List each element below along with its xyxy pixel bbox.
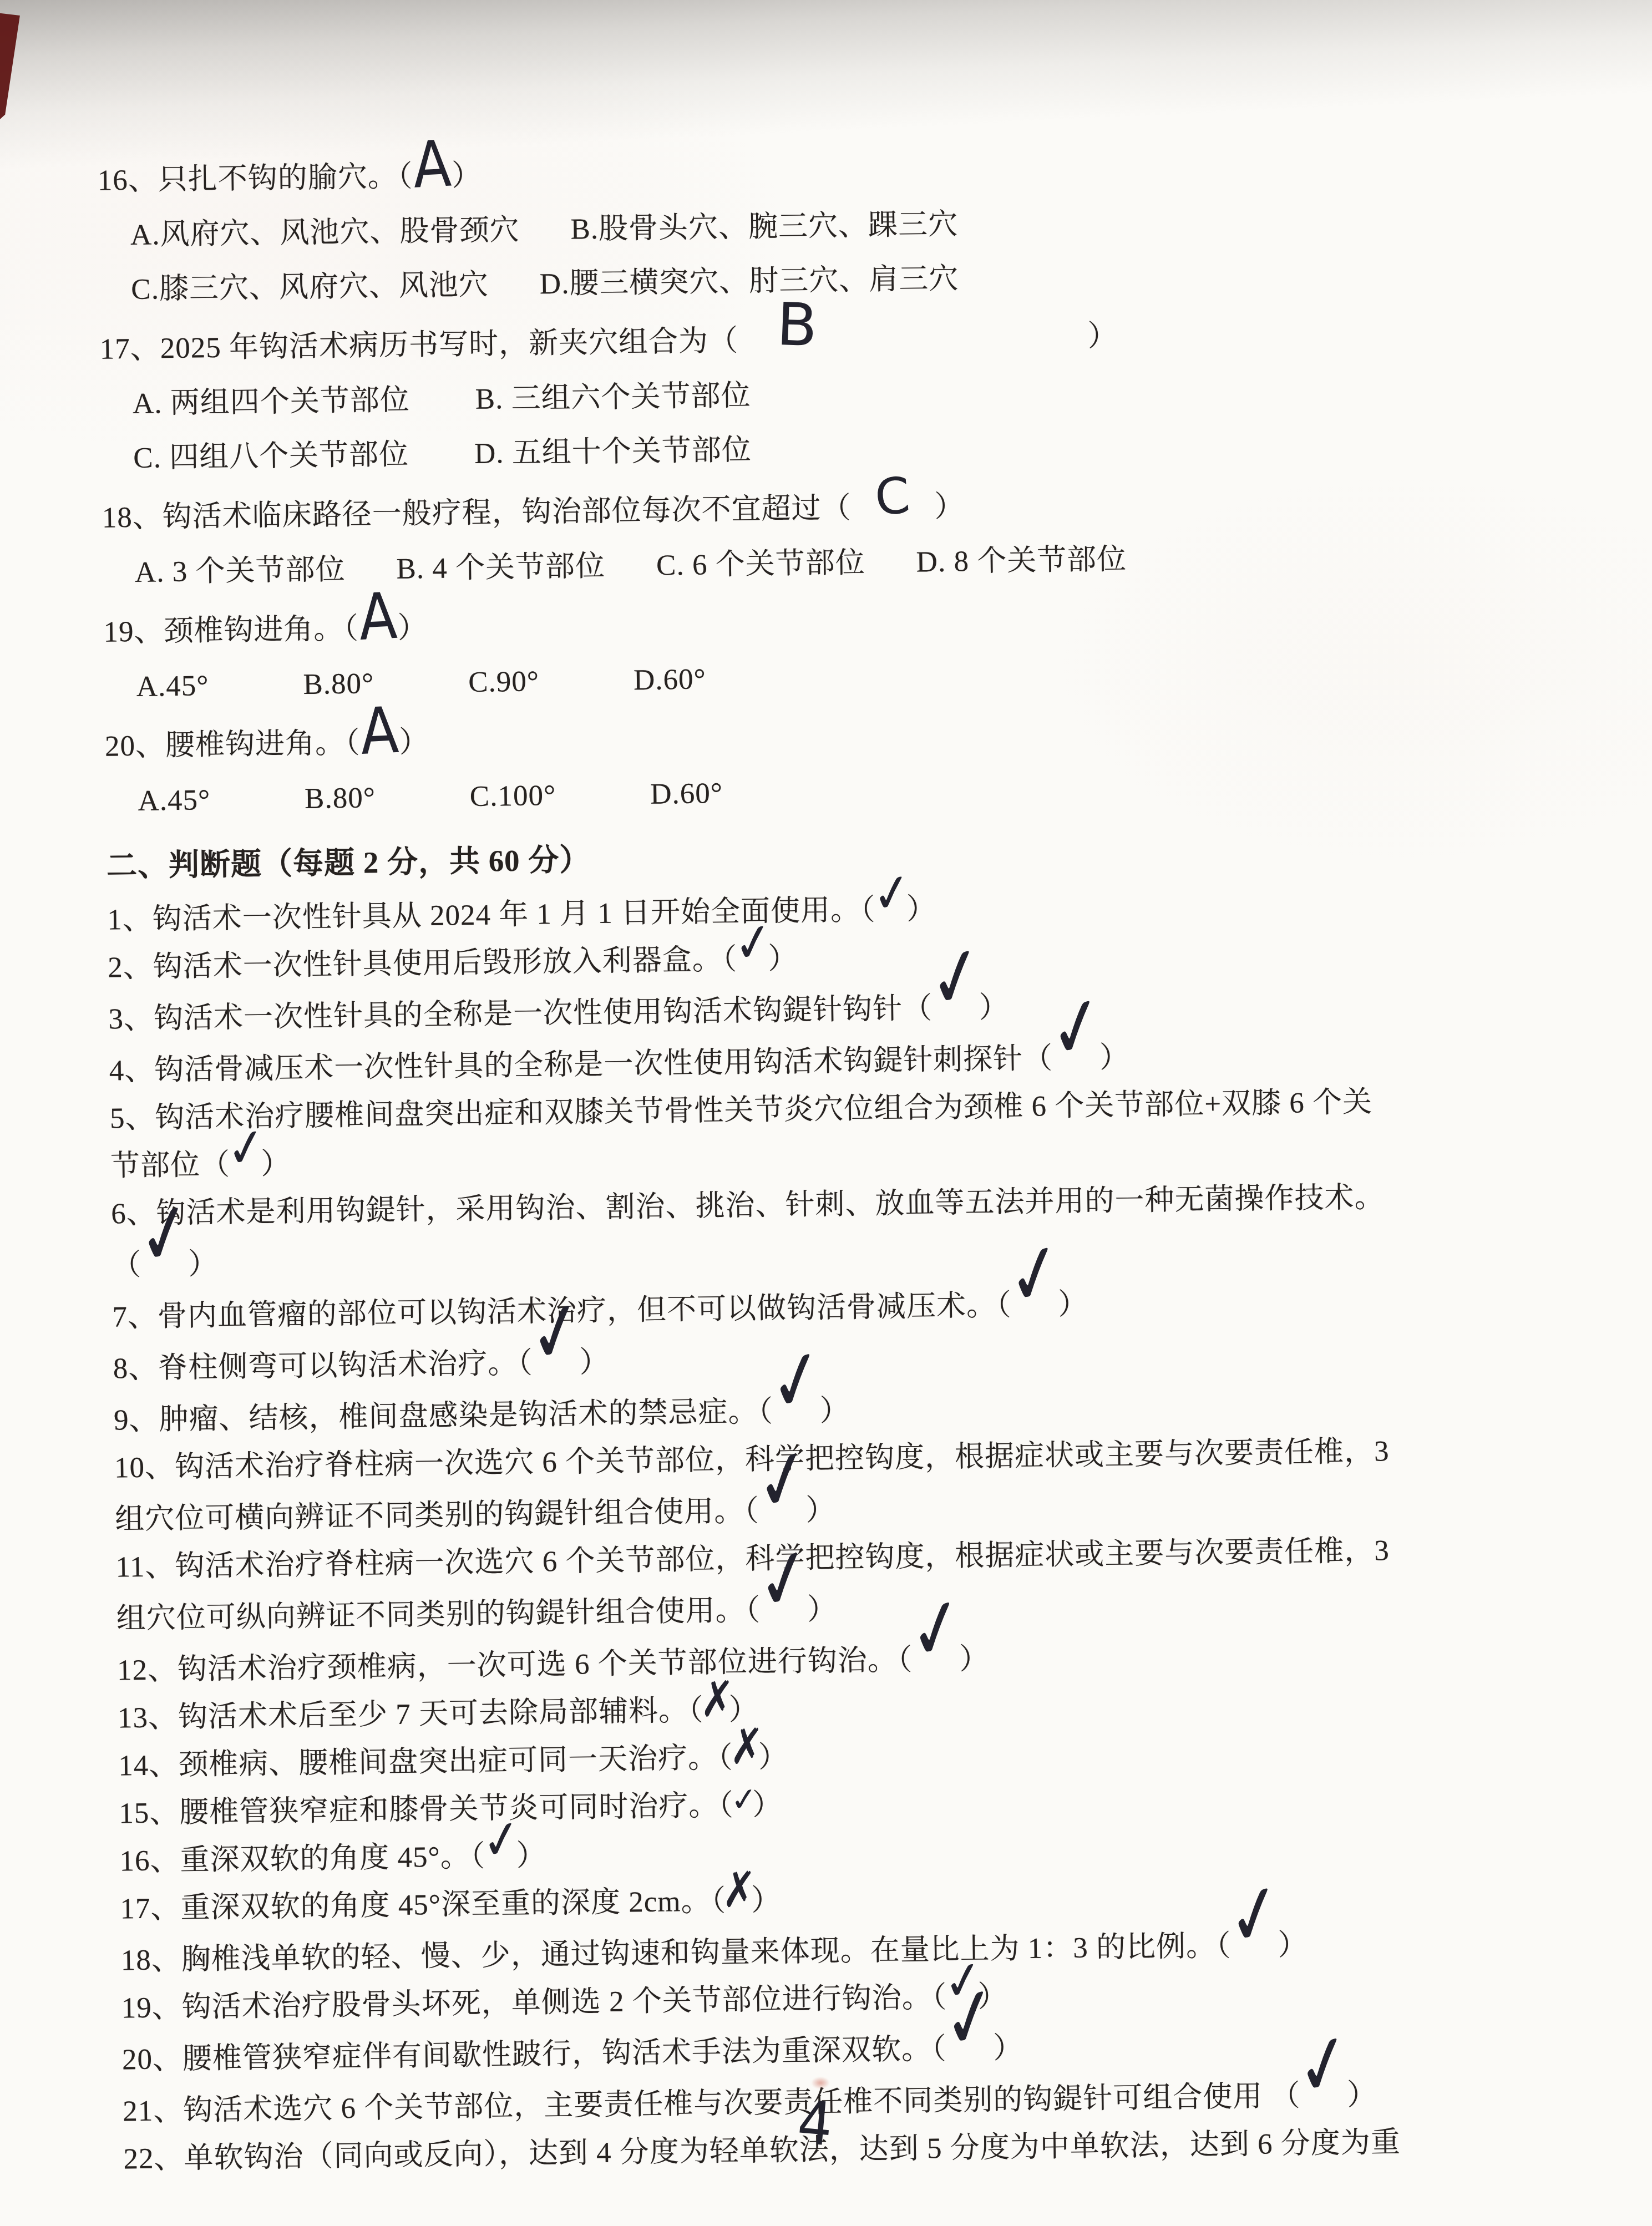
judgment-list: 1、钩活术一次性针具从 2024 年 1 月 1 日开始全面使用。（✓） 2、钩… bbox=[107, 876, 1627, 2183]
judgment-text: 5、钩活术治疗腰椎间盘突出症和双膝关节骨性关节炎穴位组合为颈椎 6 个关节部位+… bbox=[110, 1086, 1373, 1183]
option-a: A.风府穴、风池穴、股骨颈穴 bbox=[130, 203, 520, 262]
judgment-text: 22、单软钩治（同向或反向），达到 4 分度为轻单软法，达到 5 分度为中单软法… bbox=[123, 2126, 1401, 2175]
judgment-item: 6、钩活术是利用钩鍉针，采用钩治、割治、挑治、针刺、放血等五法并用的一种无菌操作… bbox=[111, 1170, 1615, 1289]
option-c: C.90° bbox=[468, 654, 540, 709]
question-stem: 18、钩活术临床路径一般疗程，钩治部位每次不宜超过（ bbox=[102, 492, 852, 534]
judgment-text: 18、胸椎浅单软的轻、慢、少，通过钩速和钩量来体现。在量比上为 1：3 的比例。… bbox=[120, 1930, 1232, 1976]
handwritten-mark: ✓ bbox=[526, 1309, 587, 1355]
option-b: B. 三组六个关节部位 bbox=[475, 368, 751, 426]
judgment-text: 13、钩活术术后至少 7 天可去除局部辅料。（ bbox=[118, 1695, 704, 1735]
handwritten-mark: ✓ bbox=[480, 1821, 524, 1859]
judgment-item: 11、钩活术治疗脊柱病一次选穴 6 个关节部位，科学把控钩度，根据症状或主要与次… bbox=[115, 1524, 1620, 1642]
red-ink-smudge bbox=[811, 2077, 830, 2089]
judgment-text: 17、重深双软的角度 45°深至重的深度 2cm。（ bbox=[120, 1885, 726, 1925]
handwritten-mark: ✓ bbox=[870, 874, 914, 912]
judgment-text: 9、肿瘤、结核，椎间盘感染是钩活术的禁忌症。（ bbox=[114, 1396, 774, 1437]
option-a: A. 两组四个关节部位 bbox=[132, 373, 410, 431]
option-d: D. 8 个关节部位 bbox=[916, 533, 1127, 590]
judgment-text: 3、钩活术一次性针具的全称是一次性使用钩活术钩鍉针钩针（ bbox=[108, 992, 933, 1035]
handwritten-mark: ✓ bbox=[926, 954, 987, 1000]
judgment-text: 4、钩活骨减压术一次性针具的全称是一次性使用钩活术钩鍉针刺探针（ bbox=[109, 1042, 1053, 1087]
judgment-text: 21、钩活术选穴 6 个关节部位，主要责任椎与次要责任椎不同类别的钩鍉针可组合使… bbox=[123, 2080, 1301, 2128]
handwritten-mark: ✓ bbox=[1005, 1251, 1066, 1297]
handwritten-mark: ✗ bbox=[722, 1871, 757, 1909]
option-d: D.60° bbox=[650, 766, 723, 822]
judgment-text: 19、钩活术治疗股骨头坏死，单侧选 2 个关节部位进行钩治。（ bbox=[121, 1981, 947, 2024]
judgment-text: 20、腰椎管狭窄症伴有间歇性跛行，钩活术手法为重深双软。（ bbox=[122, 2033, 947, 2076]
handwritten-mark: ✓ bbox=[732, 924, 776, 962]
option-d: D.60° bbox=[633, 652, 706, 707]
question-stem: 16、只扎不钩的腧穴。（ bbox=[97, 160, 413, 196]
judgment-text: 12、钩活术治疗颈椎病，一次可选 6 个关节部位进行钩治。（ bbox=[117, 1644, 913, 1687]
judgment-text: 6、钩活术是利用钩鍉针，采用钩治、割治、挑治、针刺、放血等五法并用的一种无菌操作… bbox=[111, 1182, 1385, 1282]
judgment-item: 10、钩活术治疗脊柱病一次选穴 6 个关节部位，科学把控钩度，根据症状或主要与次… bbox=[114, 1424, 1619, 1543]
handwritten-mark: ✓ bbox=[767, 1357, 828, 1403]
handwritten-answer: A bbox=[359, 713, 399, 749]
judgment-text: 8、脊柱侧弯可以钩活术治疗。（ bbox=[113, 1347, 533, 1385]
question-stem: 20、腰椎钩进角。（ bbox=[105, 727, 361, 763]
close-paren: ） bbox=[452, 160, 482, 192]
handwritten-mark: ✓ bbox=[135, 1211, 196, 1257]
handwritten-answer: A bbox=[412, 146, 452, 182]
close-paren: ） bbox=[1087, 320, 1118, 353]
option-c: C. 四组八个关节部位 bbox=[133, 427, 409, 485]
handwritten-mark: ✓ bbox=[753, 1457, 813, 1503]
option-c: C.100° bbox=[469, 768, 556, 824]
close-paren: ） bbox=[398, 612, 428, 645]
handwritten-mark: ✓ bbox=[729, 1784, 759, 1816]
judgment-text: 16、重深双软的角度 45°。（ bbox=[119, 1840, 486, 1878]
option-b: B. 4 个关节部位 bbox=[396, 539, 606, 596]
option-a: A.45° bbox=[136, 658, 209, 714]
scanned-exam-page: 16、只扎不钩的腧穴。（A） A.风府穴、风池穴、股骨颈穴 B.股骨头穴、腕三穴… bbox=[0, 0, 1652, 2226]
handwritten-mark: ✓ bbox=[225, 1129, 268, 1167]
mc-question-19: 19、颈椎钩进角。（A） A.45° B.80° C.90° D.60° bbox=[103, 585, 1608, 714]
close-paren: ） bbox=[934, 490, 965, 523]
handwritten-mark: ✓ bbox=[1047, 1005, 1107, 1051]
handwritten-mark: ✓ bbox=[754, 1556, 815, 1603]
option-b: B.股骨头穴、腕三穴、踝三穴 bbox=[570, 197, 959, 256]
handwritten-mark: ✓ bbox=[1225, 1892, 1285, 1938]
mc-question-18: 18、钩活术临床路径一般疗程，钩治部位每次不宜超过（C） A. 3 个关节部位 … bbox=[102, 470, 1606, 600]
option-c: C. 6 个关节部位 bbox=[656, 536, 865, 593]
question-stem: 17、2025 年钩活术病历书写时，新夹穴组合为（ bbox=[99, 325, 738, 366]
judgment-text: 15、腰椎管狭窄症和膝骨关节炎可同时治疗。（ bbox=[119, 1789, 734, 1830]
option-d: D. 五组十个关节部位 bbox=[474, 423, 752, 481]
handwritten-mark: ✗ bbox=[700, 1681, 734, 1718]
mc-question-17: 17、2025 年钩活术病历书写时，新夹穴组合为（B） A. 两组四个关节部位 … bbox=[99, 302, 1605, 485]
handwritten-mark: ✓ bbox=[1294, 2042, 1355, 2088]
option-d: D.腰三横突穴、肘三穴、肩三穴 bbox=[539, 251, 959, 311]
judgment-text: 14、颈椎病、腰椎间盘突出症可同一天治疗。（ bbox=[118, 1742, 733, 1782]
handwritten-answer: B bbox=[777, 310, 819, 341]
question-stem: 19、颈椎钩进角。（ bbox=[103, 613, 359, 648]
handwritten-mark: ✗ bbox=[729, 1728, 764, 1766]
mc-question-16: 16、只扎不钩的腧穴。（A） A.风府穴、风池穴、股骨颈穴 B.股骨头穴、腕三穴… bbox=[97, 133, 1603, 317]
handwritten-answer: A bbox=[358, 599, 398, 635]
option-c: C.膝三穴、风府穴、风池穴 bbox=[131, 258, 489, 317]
mc-question-20: 20、腰椎钩进角。（A） A.45° B.80° C.100° D.60° bbox=[104, 699, 1609, 828]
option-a: A.45° bbox=[138, 773, 211, 828]
exam-content: 16、只扎不钩的腧穴。（A） A.风府穴、风池穴、股骨颈穴 B.股骨头穴、腕三穴… bbox=[97, 133, 1627, 2183]
close-paren: ） bbox=[399, 726, 429, 759]
judgment-text: 2、钩活术一次性针具使用后毁形放入利器盒。（ bbox=[108, 944, 738, 984]
handwritten-mark: ✓ bbox=[906, 1606, 967, 1652]
handwritten-mark: ✓ bbox=[940, 1995, 1001, 2041]
handwritten-page-number: 4 bbox=[795, 2088, 835, 2160]
option-a: A. 3 个关节部位 bbox=[134, 542, 346, 600]
handwritten-answer: C bbox=[874, 480, 911, 513]
option-b: B.80° bbox=[304, 770, 376, 826]
